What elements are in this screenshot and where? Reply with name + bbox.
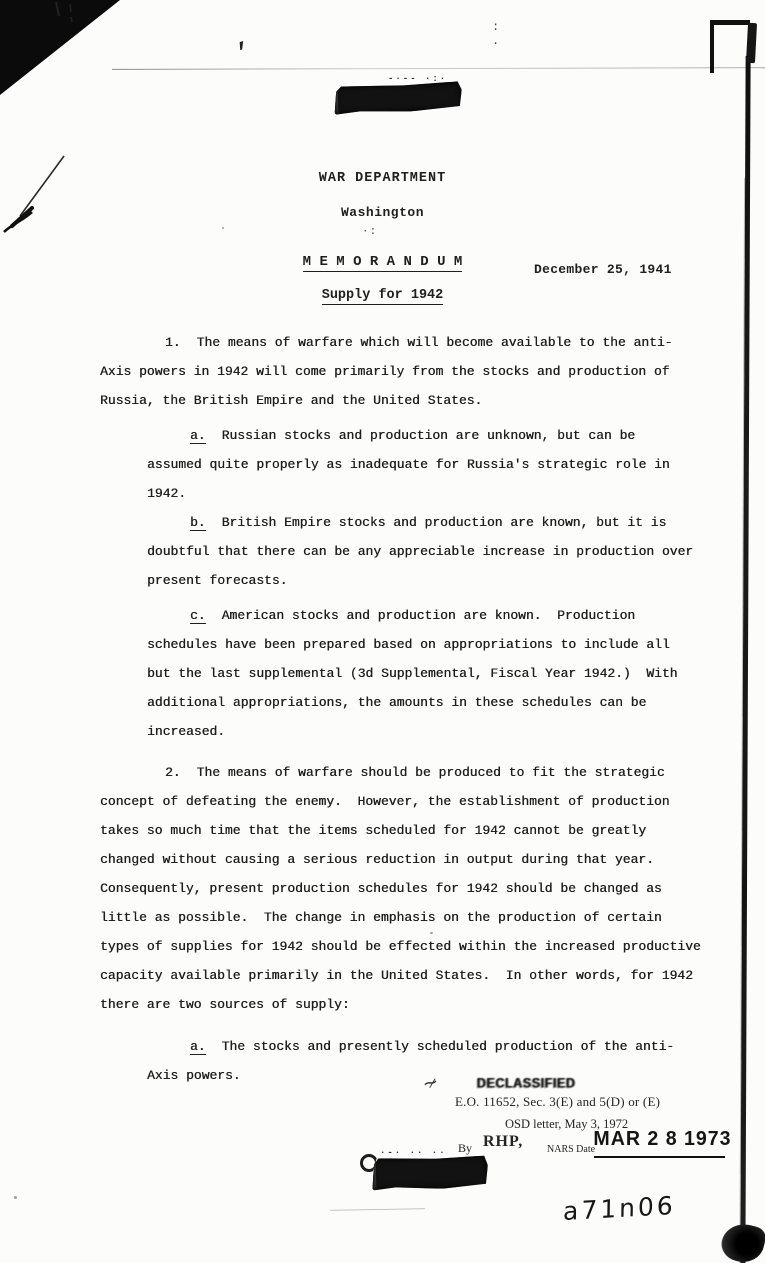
ink-speck <box>430 932 433 934</box>
edge-bracket-mark <box>710 20 750 73</box>
scan-hairline-artifact <box>112 67 765 70</box>
pen-scratch-mark <box>2 150 72 245</box>
memo-subject: Supply for 1942 <box>0 288 765 303</box>
faint-line-artifact <box>330 1208 425 1211</box>
paragraph-letter: c. <box>190 608 206 624</box>
ink-comma-mark: , <box>230 24 252 54</box>
small-colon-mark: :. <box>492 20 499 48</box>
date-stamp: MAR 2 8 1973 <box>593 1128 731 1151</box>
memo-body: 1.The means of warfare which will become… <box>100 328 725 1090</box>
paragraph-letter: a. <box>190 1039 206 1055</box>
stamp-remnant-marks: -·-- ·:· <box>388 74 447 84</box>
paragraph-2: 2.The means of warfare should be produce… <box>100 758 725 1019</box>
city-line: Washington <box>0 205 765 220</box>
paragraph-1c: c.American stocks and production are kno… <box>100 601 725 746</box>
paragraph-1a: a.Russian stocks and production are unkn… <box>100 421 725 508</box>
reviewer-initials: RHP, <box>483 1133 523 1151</box>
top-tick-marks <box>46 0 86 30</box>
memo-date: December 25, 1941 <box>534 262 672 277</box>
paragraph-number: 1. <box>165 335 181 350</box>
pen-scribble-mark: ⁓̷ <box>423 1075 439 1092</box>
department-name: WAR DEPARTMENT <box>0 171 765 186</box>
paragraph-number: 2. <box>165 765 181 780</box>
paragraph-1: 1.The means of warfare which will become… <box>100 328 725 415</box>
ink-speck <box>14 1196 17 1199</box>
by-label: By <box>458 1141 472 1156</box>
paragraph-letter: b. <box>190 515 206 531</box>
bottom-corner-ink-blob <box>718 1219 765 1263</box>
eo-citation-line: E.O. 11652, Sec. 3(E) and 5(D) or (E) <box>455 1094 660 1110</box>
nars-date-underline <box>594 1156 725 1158</box>
blacked-out-stamp-top <box>333 81 462 115</box>
handwritten-code: a71n06 <box>563 1191 676 1226</box>
scanned-memo-page: , :. -·-- ·:· WAR DEPARTMENT Washington … <box>0 0 765 1263</box>
stamp-remnant-marks-bottom: ·‑· ·· ·­· <box>380 1148 447 1158</box>
page-edge-shadow <box>740 56 750 1263</box>
nars-date-label: NARS Date <box>547 1144 595 1155</box>
ink-speck <box>610 641 612 646</box>
paragraph-letter: a. <box>190 428 206 444</box>
paragraph-2a: a.The stocks and presently scheduled pro… <box>100 1032 725 1090</box>
typewriter-dots-artifact: ·: <box>362 226 377 238</box>
declassified-stamp: DECLASSIFIED <box>477 1075 576 1091</box>
ink-speck <box>222 227 224 229</box>
paragraph-1b: b.British Empire stocks and production a… <box>100 508 725 595</box>
blacked-out-stamp-bottom <box>372 1155 489 1190</box>
